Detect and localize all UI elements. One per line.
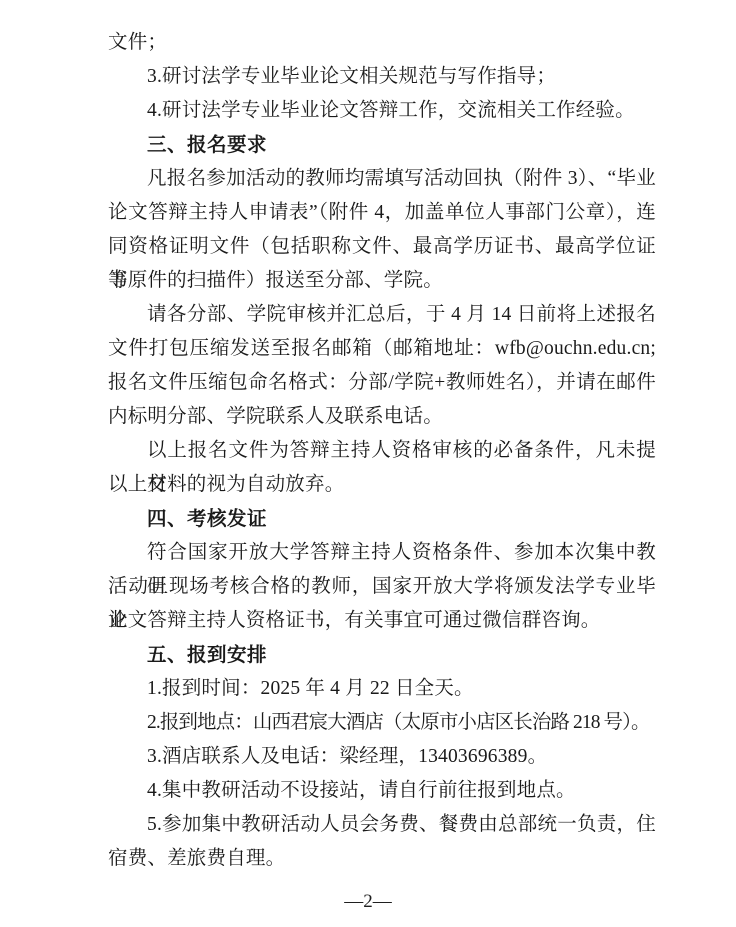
para-assessment-line: 符合国家开放大学答辩主持人资格条件、参加本次集中教研 (108, 536, 656, 570)
heading-registration-requirements: 三、报名要求 (108, 128, 656, 162)
checkin-item-3-line: 3.酒店联系人及电话：梁经理，13403696389。 (108, 740, 656, 774)
para-assessment-line: 活动且现场考核合格的教师，国家开放大学将颁发法学专业毕业 (108, 570, 656, 604)
heading-assessment-certification: 四、考核发证 (108, 502, 656, 536)
para-registration-materials-line: 论文答辩主持人申请表”（附件 4，加盖单位人事部门公章），连 (108, 196, 656, 230)
para-assessment-line: 论文答辩主持人资格证书，有关事宜可通过微信群咨询。 (108, 604, 656, 638)
checkin-item-2-line: 2.报到地点：山西君宸大酒店（太原市小店区长治路 218 号）。 (108, 706, 656, 740)
agenda-item-4-line: 4.研讨法学专业毕业论文答辩工作，交流相关工作经验。 (108, 94, 656, 128)
checkin-item-5-line: 5.参加集中教研活动人员会务费、餐费由总部统一负责，住 (108, 808, 656, 842)
para-continuation-line: 文件； (108, 26, 656, 60)
para-registration-mandatory-line: 以上材料的视为自动放弃。 (108, 468, 656, 502)
para-registration-email-line: 报名文件压缩包命名格式：分部/学院+教师姓名），并请在邮件 (108, 366, 656, 400)
para-registration-mandatory-line: 以上报名文件为答辩主持人资格审核的必备条件，凡未提交 (108, 434, 656, 468)
document-content: 文件；3.研讨法学专业毕业论文相关规范与写作指导；4.研讨法学专业毕业论文答辩工… (108, 26, 656, 876)
para-registration-email-line: 请各分部、学院审核并汇总后，于 4 月 14 日前将上述报名 (108, 298, 656, 332)
document-page: 文件；3.研讨法学专业毕业论文相关规范与写作指导；4.研讨法学专业毕业论文答辩工… (0, 0, 736, 927)
agenda-item-3-line: 3.研讨法学专业毕业论文相关规范与写作指导； (108, 60, 656, 94)
para-registration-email-line: 内标明分部、学院联系人及联系电话。 (108, 400, 656, 434)
para-registration-email-line: 文件打包压缩发送至报名邮箱（邮箱地址：wfb@ouchn.edu.cn; (108, 332, 656, 366)
checkin-item-1-line: 1.报到时间：2025 年 4 月 22 日全天。 (108, 672, 656, 706)
checkin-item-5-line: 宿费、差旅费自理。 (108, 842, 656, 876)
heading-checkin-arrangement: 五、报到安排 (108, 638, 656, 672)
para-registration-materials-line: 同资格证明文件（包括职称文件、最高学历证书、最高学位证书 (108, 230, 656, 264)
checkin-item-4-line: 4.集中教研活动不设接站，请自行前往报到地点。 (108, 774, 656, 808)
page-number: —2— (0, 891, 736, 913)
para-registration-materials-line: 等原件的扫描件）报送至分部、学院。 (108, 264, 656, 298)
para-registration-materials-line: 凡报名参加活动的教师均需填写活动回执（附件 3）、“毕业 (108, 162, 656, 196)
